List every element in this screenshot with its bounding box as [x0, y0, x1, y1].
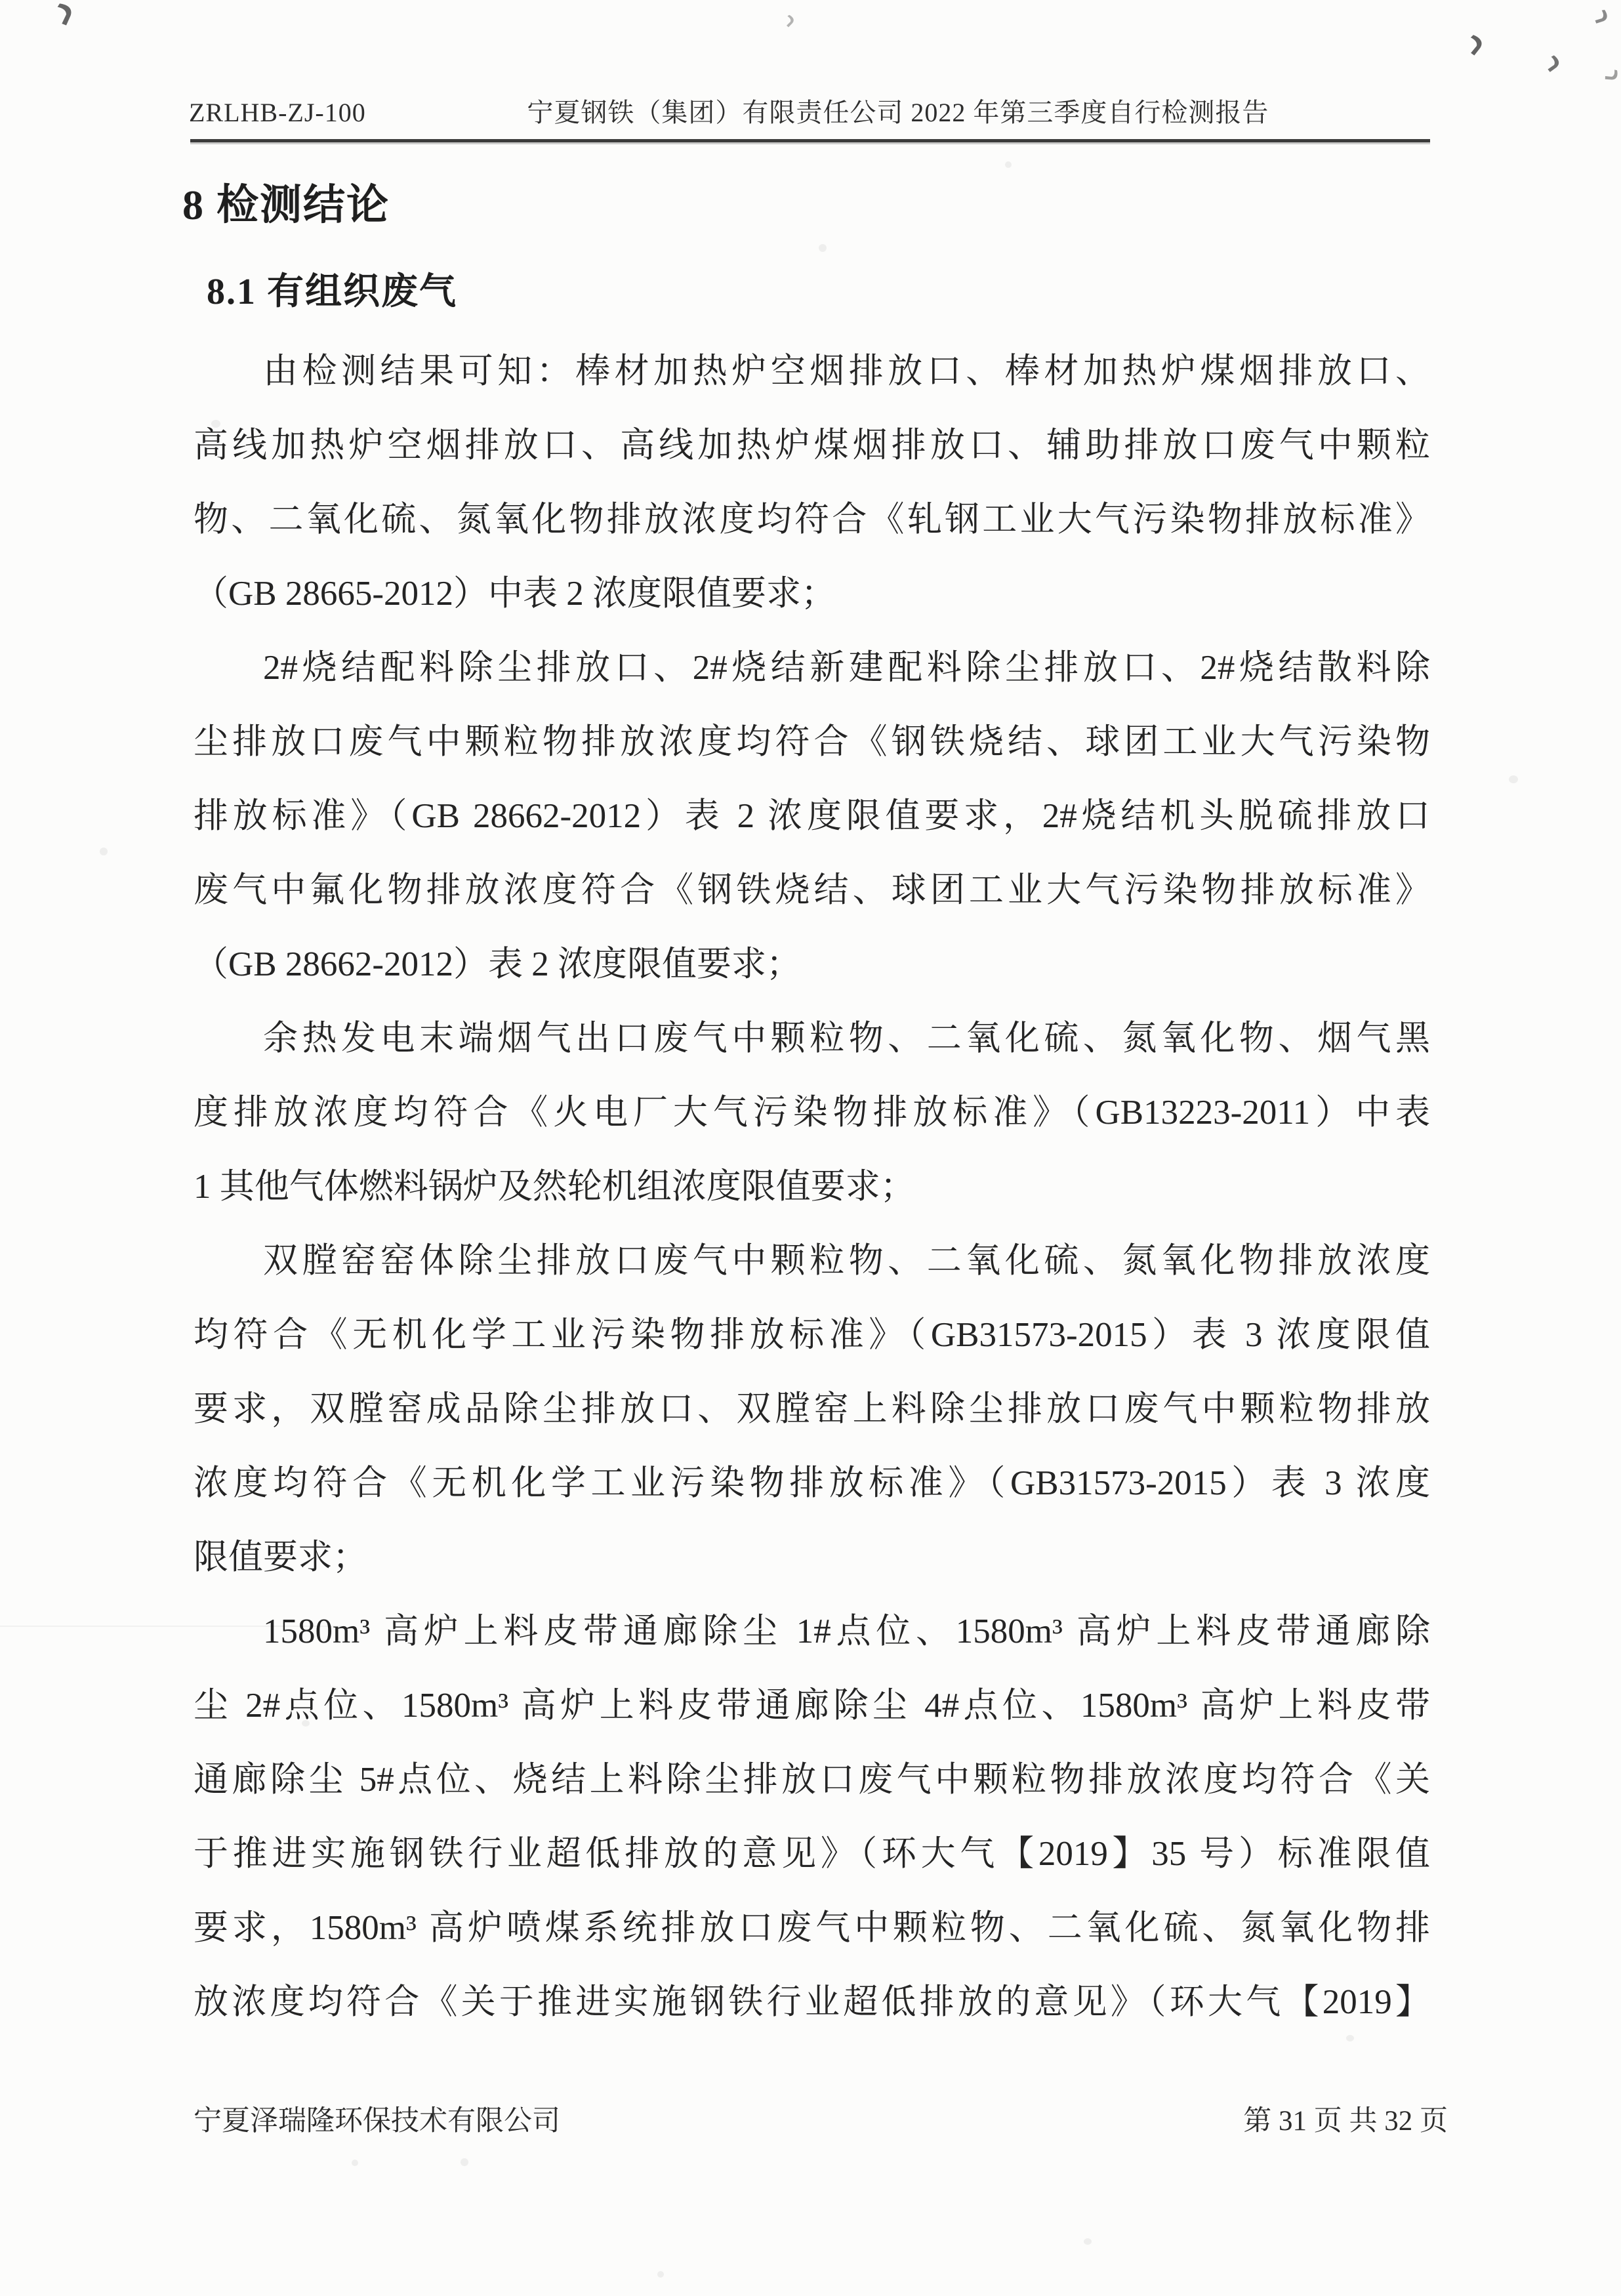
scan-speck — [1509, 775, 1518, 783]
body-line: 1 其他气体燃料锅炉及然轮机组浓度限值要求； — [194, 1150, 1430, 1224]
body-text: 由检测结果可知：棒材加热炉空烟排放口、棒材加热炉煤烟排放口、 高线加热炉空烟排放… — [194, 335, 1430, 2040]
scan-speck — [657, 2271, 664, 2278]
body-line: 物、二氧化硫、氮氧化物排放浓度均符合《轧钢工业大气污染物排放标准》 — [194, 483, 1430, 557]
footer-company: 宁夏泽瑞隆环保技术有限公司 — [194, 2104, 560, 2139]
section-title: 8.1 有组织废气 — [207, 274, 457, 310]
scan-smudge — [55, 1, 77, 28]
scan-speck — [100, 848, 108, 855]
body-line: 均符合《无机化学工业污染物排放标准》（GB31573-2015）表 3 浓度限值 — [194, 1298, 1430, 1372]
scan-smudge — [783, 13, 798, 31]
body-line: 废气中氟化物排放浓度符合《钢铁烧结、球团工业大气污染物排放标准》 — [194, 853, 1430, 928]
body-line: 高线加热炉空烟排放口、高线加热炉煤烟排放口、辅助排放口废气中颗粒 — [194, 409, 1430, 483]
scan-speck — [352, 2160, 358, 2166]
body-line: 尘排放口废气中颗粒物排放浓度均符合《钢铁烧结、球团工业大气污染物 — [194, 705, 1430, 779]
scan-speck — [1005, 161, 1012, 168]
body-line: 放浓度均符合《关于推进实施钢铁行业超低排放的意见》（环大气【2019】 — [194, 1965, 1430, 2040]
scan-speck — [1084, 2238, 1092, 2245]
body-line: 于推进实施钢铁行业超低排放的意见》（环大气【2019】35 号）标准限值 — [194, 1817, 1430, 1891]
scan-smudge — [1542, 52, 1567, 78]
document-code: ZRLHB-ZJ-100 — [189, 97, 366, 129]
scan-smudge — [1590, 7, 1614, 31]
body-line: 度排放浓度均符合《火电厂大气污染物排放标准》（GB13223-2011）中表 — [194, 1076, 1430, 1150]
body-line: 尘 2#点位、1580m³ 高炉上料皮带通廊除尘 4#点位、1580m³ 高炉上… — [194, 1669, 1430, 1743]
page-footer: 宁夏泽瑞隆环保技术有限公司 第 31 页 共 32 页 — [194, 2104, 1448, 2139]
body-line: 1580m³ 高炉上料皮带通廊除尘 1#点位、1580m³ 高炉上料皮带通廊除 — [194, 1595, 1430, 1669]
scan-speck — [302, 1720, 310, 1727]
scan-hairline — [0, 1626, 341, 1627]
scan-speck — [819, 244, 827, 252]
scan-speck — [461, 2158, 468, 2166]
scan-speck — [253, 594, 260, 601]
document-page: ZRLHB-ZJ-100 宁夏钢铁（集团）有限责任公司 2022 年第三季度自行… — [0, 0, 1621, 2296]
header-title: 宁夏钢铁（集团）有限责任公司 2022 年第三季度自行检测报告 — [366, 97, 1430, 129]
body-line: 要求，双膛窑成品除尘排放口、双膛窑上料除尘排放口废气中颗粒物排放 — [194, 1372, 1430, 1446]
body-line: 2#烧结配料除尘排放口、2#烧结新建配料除尘排放口、2#烧结散料除 — [194, 631, 1430, 705]
chapter-title: 8 检测结论 — [182, 184, 390, 226]
body-line: 要求，1580m³ 高炉喷煤系统排放口废气中颗粒物、二氧化硫、氮氧化物排 — [194, 1891, 1430, 1965]
scan-speck — [211, 420, 220, 428]
header-divider — [190, 139, 1430, 142]
scan-speck — [1346, 2035, 1354, 2041]
footer-page-number: 第 31 页 共 32 页 — [1243, 2104, 1448, 2139]
body-line: 浓度均符合《无机化学工业污染物排放标准》（GB31573-2015）表 3 浓度 — [194, 1446, 1430, 1521]
body-line: 通廊除尘 5#点位、烧结上料除尘排放口废气中颗粒物排放浓度均符合《关 — [194, 1743, 1430, 1817]
body-line: 余热发电末端烟气出口废气中颗粒物、二氧化硫、氮氧化物、烟气黑 — [194, 1002, 1430, 1076]
body-line: 限值要求； — [194, 1521, 1430, 1595]
body-line: 排放标准》（GB 28662-2012）表 2 浓度限值要求，2#烧结机头脱硫排… — [194, 779, 1430, 853]
body-line: 由检测结果可知：棒材加热炉空烟排放口、棒材加热炉煤烟排放口、 — [194, 335, 1430, 409]
page-header: ZRLHB-ZJ-100 宁夏钢铁（集团）有限责任公司 2022 年第三季度自行… — [189, 97, 1430, 129]
body-line: 双膛窑窑体除尘排放口废气中颗粒物、二氧化硫、氮氧化物排放浓度 — [194, 1224, 1430, 1298]
scan-smudge — [1601, 67, 1621, 87]
scan-smudge — [1464, 32, 1489, 60]
body-line: （GB 28662-2012）表 2 浓度限值要求； — [194, 928, 1430, 1002]
body-line: （GB 28665-2012）中表 2 浓度限值要求； — [194, 557, 1430, 631]
